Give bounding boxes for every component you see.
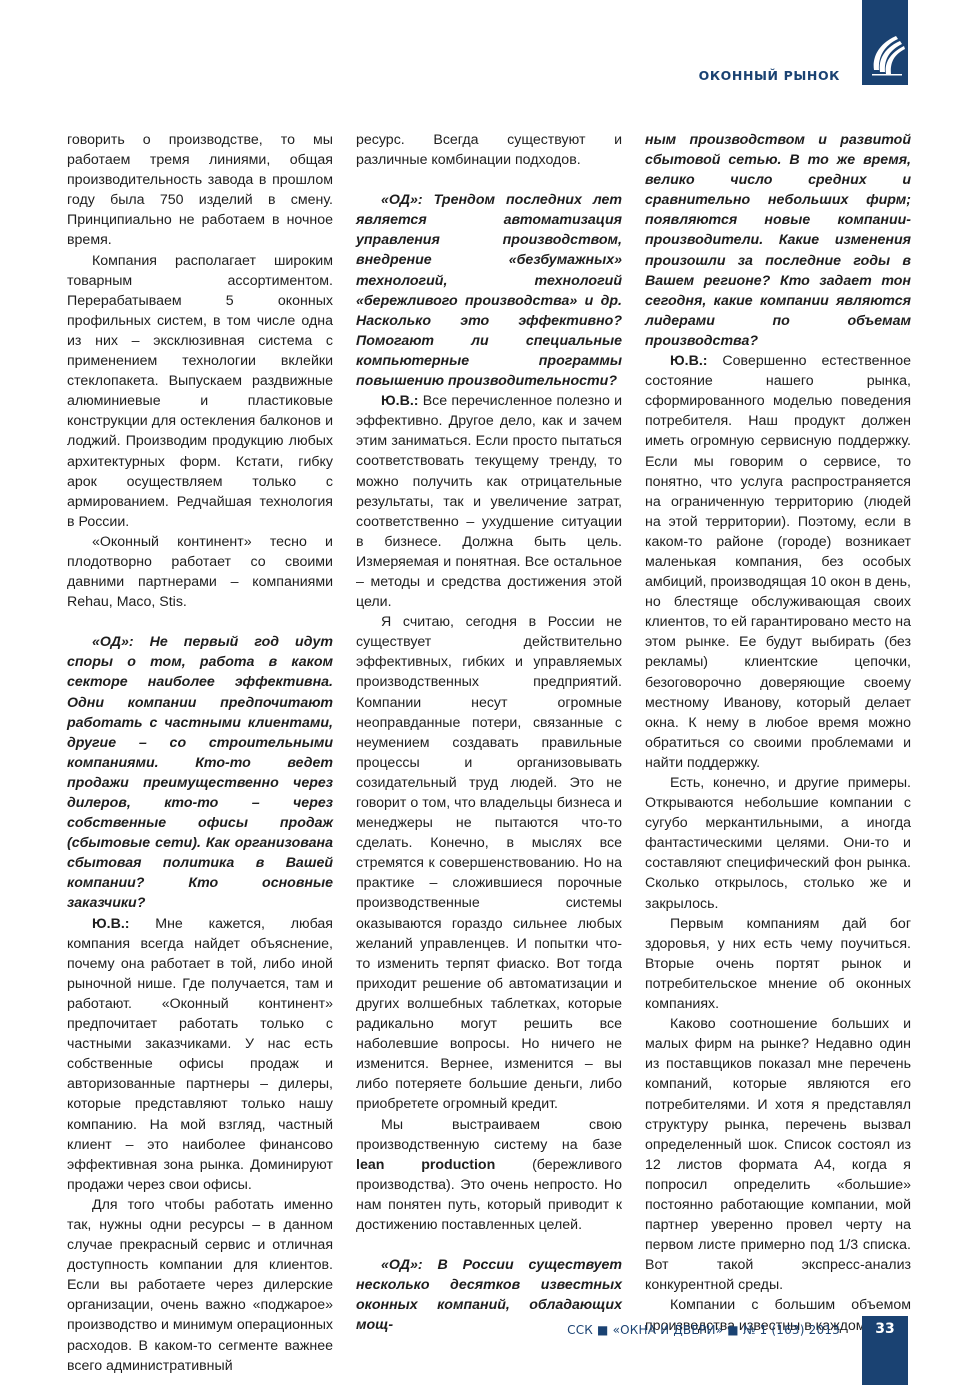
speaker-label: Ю.В.: — [92, 916, 130, 932]
interview-question: «ОД»: Трендом последних лет является авт… — [356, 190, 622, 391]
paragraph: Мы выстраиваем свою производственную сис… — [356, 1115, 622, 1236]
answer-text: Мне кажется, любая компания всегда найде… — [67, 916, 333, 1193]
answer-text: Совершенно естественное состояние нашего… — [645, 353, 911, 771]
interview-answer: Ю.В.: Все перечисленное полезно и эффект… — [356, 391, 622, 612]
article-column-1: говорить о производстве, то мы работаем … — [67, 130, 333, 1376]
interview-answer: Ю.В.: Совершенно естественное состояние … — [645, 351, 911, 773]
interview-answer: Ю.В.: Мне кажется, любая компания всегда… — [67, 914, 333, 1195]
article-column-3: ным производством и развитой сбытовой се… — [645, 130, 911, 1336]
paragraph: Каково соотношение больших и малых фирм … — [645, 1014, 911, 1295]
speaker-label: Ю.В.: — [670, 353, 708, 369]
magazine-logo-arcs-icon — [866, 30, 906, 78]
paragraph: Есть, конечно, и другие примеры. Открыва… — [645, 773, 911, 914]
paragraph: Первым компаниям дай бог здоровья, у них… — [645, 914, 911, 1014]
paragraph: «Оконный континент» тесно и плодотворно … — [67, 532, 333, 612]
section-title: ОКОННЫЙ РЫНОК — [670, 68, 840, 83]
speaker-label: Ю.В.: — [381, 393, 419, 409]
paragraph: ресурс. Всегда существуют и различные ко… — [356, 130, 622, 170]
paragraph: Я считаю, сегодня в России не существует… — [356, 612, 622, 1114]
footer-publication: ССК ■ «ОКНА И ДВЕРИ» ■ № 1 (163) 2013 — [560, 1323, 840, 1337]
paragraph: говорить о производстве, то мы работаем … — [67, 130, 333, 251]
paragraph: Для того чтобы работать именно так, нужн… — [67, 1195, 333, 1376]
answer-text: Все перечисленное полезно и эффективно. … — [356, 393, 622, 610]
interview-question: ным производством и развитой сбытовой се… — [645, 130, 911, 351]
article-column-2: ресурс. Всегда существуют и различные ко… — [356, 130, 622, 1335]
interview-question: «ОД»: Не первый год идут споры о том, ра… — [67, 632, 333, 913]
page-number: 33 — [862, 1321, 908, 1337]
paragraph: Компания располагает широким товарным ас… — [67, 251, 333, 532]
lean-production-term: lean production — [356, 1157, 495, 1173]
